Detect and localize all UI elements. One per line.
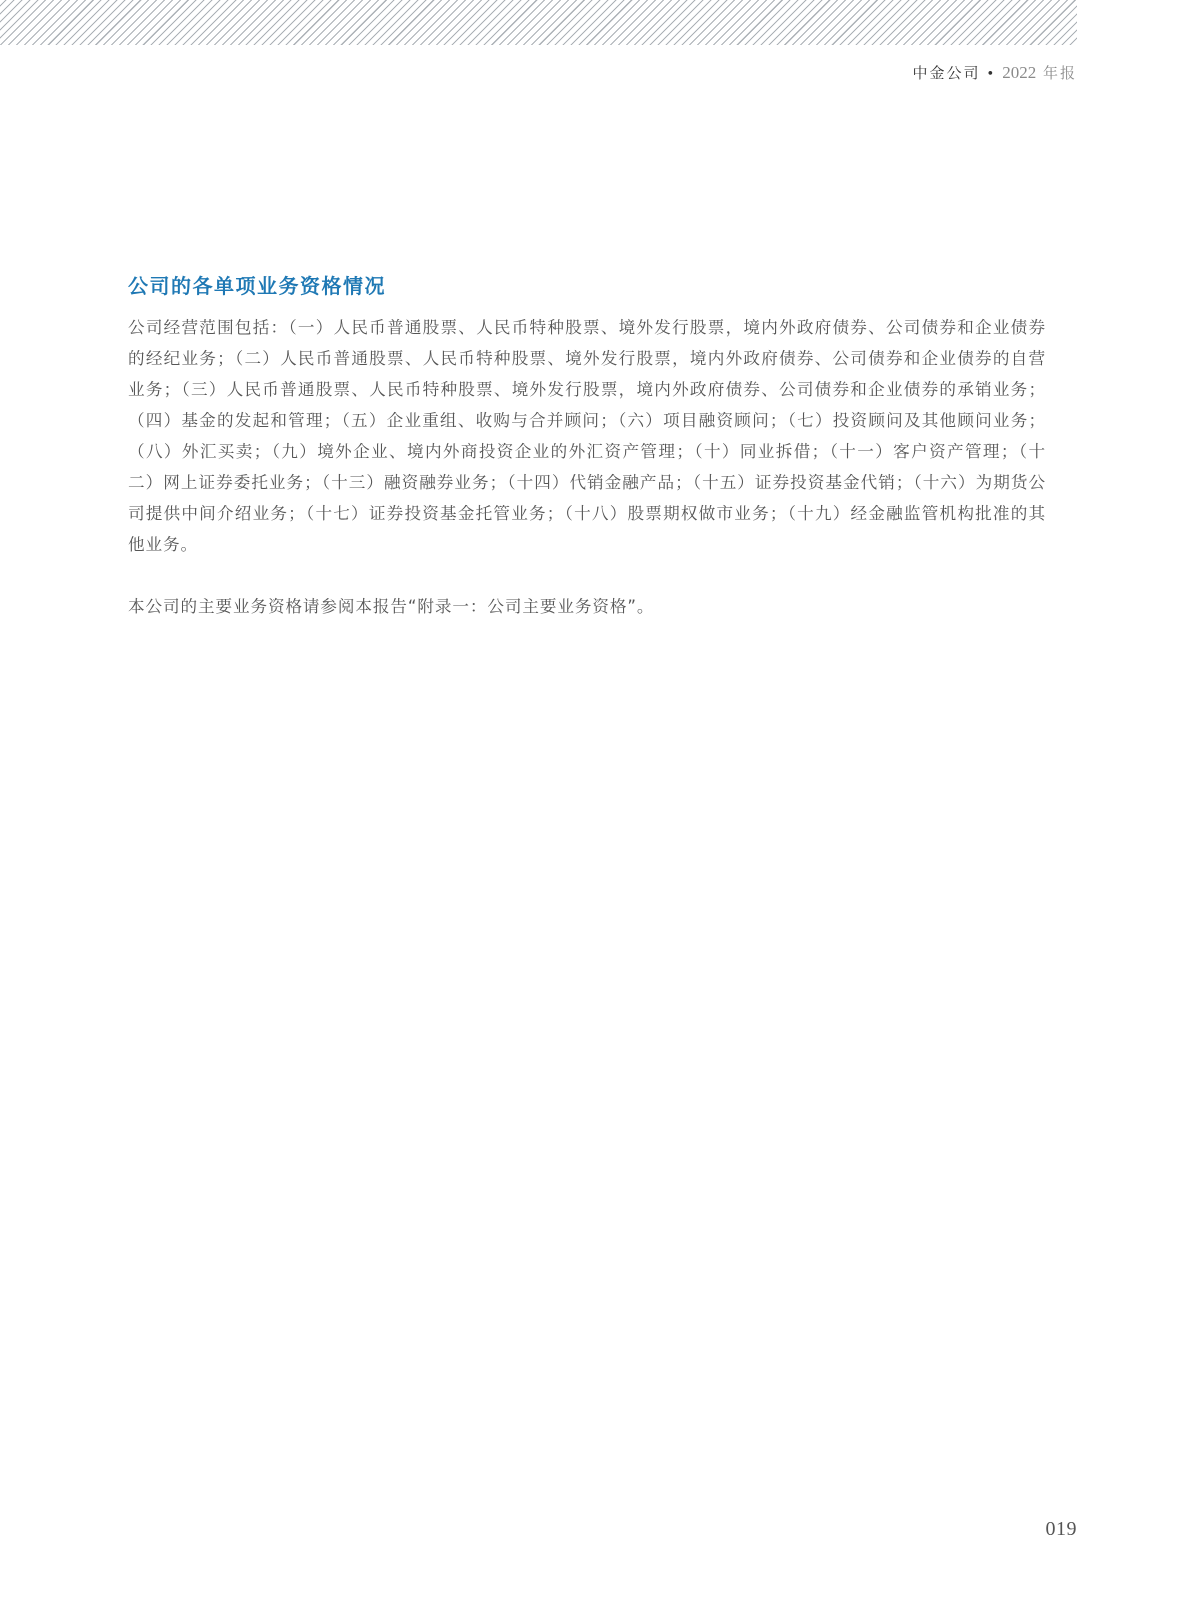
running-header: 中金公司•2022 年报 bbox=[913, 62, 1077, 83]
header-year: 2022 bbox=[1002, 63, 1036, 82]
header-separator: • bbox=[987, 67, 997, 82]
header-company-name: 中金公司 bbox=[913, 64, 981, 82]
appendix-reference-paragraph: 本公司的主要业务资格请参阅本报告“附录一：公司主要业务资格”。 bbox=[128, 591, 1046, 622]
header-report-label: 年报 bbox=[1043, 64, 1077, 82]
business-scope-paragraph: 公司经营范围包括：（一）人民币普通股票、人民币特种股票、境外发行股票，境内外政府… bbox=[128, 312, 1046, 560]
page-number: 019 bbox=[1046, 1518, 1078, 1541]
section-title: 公司的各单项业务资格情况 bbox=[128, 270, 386, 299]
decorative-hatch-band bbox=[0, 0, 1077, 45]
